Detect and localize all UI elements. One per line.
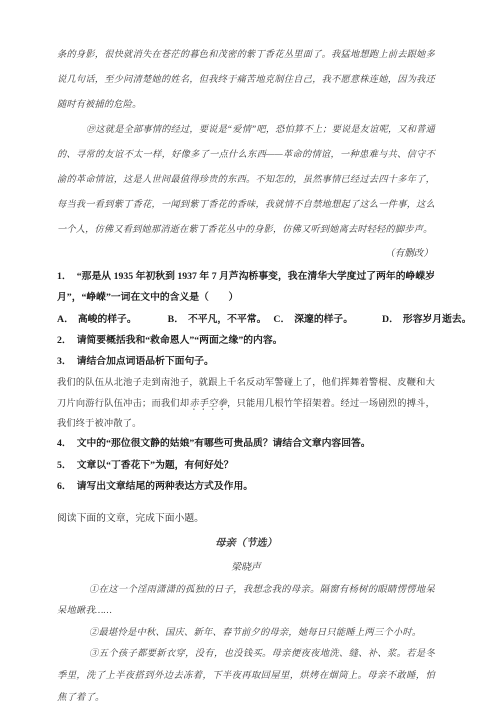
passage-2-author: 梁晓声 xyxy=(57,556,435,580)
question-4-number: 4． xyxy=(57,438,72,449)
option-c: C．深邃的样子。 xyxy=(273,309,353,330)
passage-2-paragraph-2: ②最堪怜是中秋、国庆、新年、春节前夕的母亲，她每日只能睡上两三个小时。 xyxy=(57,623,435,645)
question-3-text: 请结合加点词语品析下面句子。 xyxy=(77,356,214,367)
passage-2-paragraph-1: ①在这一个淫雨潇潇的孤独的日子，我想念我的母亲。隔窗有杨树的眼睛愣愣地呆呆地瞅我… xyxy=(57,580,435,623)
question-5-text: 文章以“丁香花下”为题，有何好处？ xyxy=(77,460,234,471)
exam-document-page: 条的身影，很快就消失在苍茫的暮色和茂密的紫丁香花丛里面了。我猛地想跑上前去跟她多… xyxy=(0,0,499,706)
question-2-number: 2． xyxy=(57,335,72,346)
question-4: 4．文中的“那位很文静的姑娘”有哪些可贵品质？请结合文章内容回答。 xyxy=(57,433,435,454)
question-3: 3．请结合加点词语品析下面句子。 xyxy=(57,351,435,372)
option-d-text: 形容岁月逝去。 xyxy=(403,314,472,325)
passage-2-title: 母亲（节选） xyxy=(57,532,435,556)
attribution-note: （有删改） xyxy=(57,242,435,266)
option-d: D．形容岁月逝去。 xyxy=(382,309,471,330)
option-b: B．不平凡，不平常。 xyxy=(168,309,267,330)
question-6-number: 6． xyxy=(57,481,72,492)
emphasized-word: 赤手空拳 xyxy=(189,398,227,408)
question-2: 2．请简要概括我和“救命恩人”“两面之缘”的内容。 xyxy=(57,330,435,351)
option-a: A．高峻的样子。 xyxy=(57,309,137,330)
option-a-text: 高峻的样子。 xyxy=(78,314,137,325)
option-c-text: 深邃的样子。 xyxy=(294,314,353,325)
option-d-label: D． xyxy=(382,314,399,325)
option-b-text: 不平凡，不平常。 xyxy=(188,314,266,325)
question-1-text: “那是从 1935 年初秋到 1937 年 7 月芦沟桥事变，我在清华大学度过了… xyxy=(57,271,435,303)
passage-continuation: 条的身影，很快就消失在苍茫的暮色和茂密的紫丁香花丛里面了。我猛地想跑上前去跟她多… xyxy=(57,42,435,117)
question-5-number: 5． xyxy=(57,460,72,471)
passage-paragraph-19: ⑲这就是全部事情的经过，要说是“爱情”吧，恐怕算不上；要说是友谊呢，又和普通的、… xyxy=(57,117,435,242)
quoted-sentence: 我们的队伍从北池子走到南池子，就跟上千名反动军警碰上了，他们挥舞着警棍、皮鞭和大… xyxy=(57,372,435,433)
question-3-number: 3． xyxy=(57,356,72,367)
question-1: 1．“那是从 1935 年初秋到 1937 年 7 月芦沟桥事变，我在清华大学度… xyxy=(57,266,435,309)
question-6: 6．请写出文章结尾的两种表达方式及作用。 xyxy=(57,476,435,497)
question-1-options: A．高峻的样子。 B．不平凡，不平常。 C．深邃的样子。 D．形容岁月逝去。 xyxy=(57,309,435,330)
question-1-number: 1． xyxy=(57,271,72,282)
question-4-text: 文中的“那位很文静的姑娘”有哪些可贵品质？请结合文章内容回答。 xyxy=(77,438,371,449)
passage-2-paragraph-3: ③五个孩子都要新衣穿，没有，也没钱买。母亲便夜夜地洗、缝、补、浆。若是冬季里，洗… xyxy=(57,644,435,706)
option-a-label: A． xyxy=(57,314,74,325)
reading-instruction: 阅读下面的文章，完成下面小题。 xyxy=(57,508,435,529)
option-b-label: B． xyxy=(168,314,184,325)
question-6-text: 请写出文章结尾的两种表达方式及作用。 xyxy=(77,481,253,492)
question-2-text: 请简要概括我和“救命恩人”“两面之缘”的内容。 xyxy=(77,335,283,346)
option-c-label: C． xyxy=(273,314,290,325)
question-5: 5．文章以“丁香花下”为题，有何好处？ xyxy=(57,455,435,476)
